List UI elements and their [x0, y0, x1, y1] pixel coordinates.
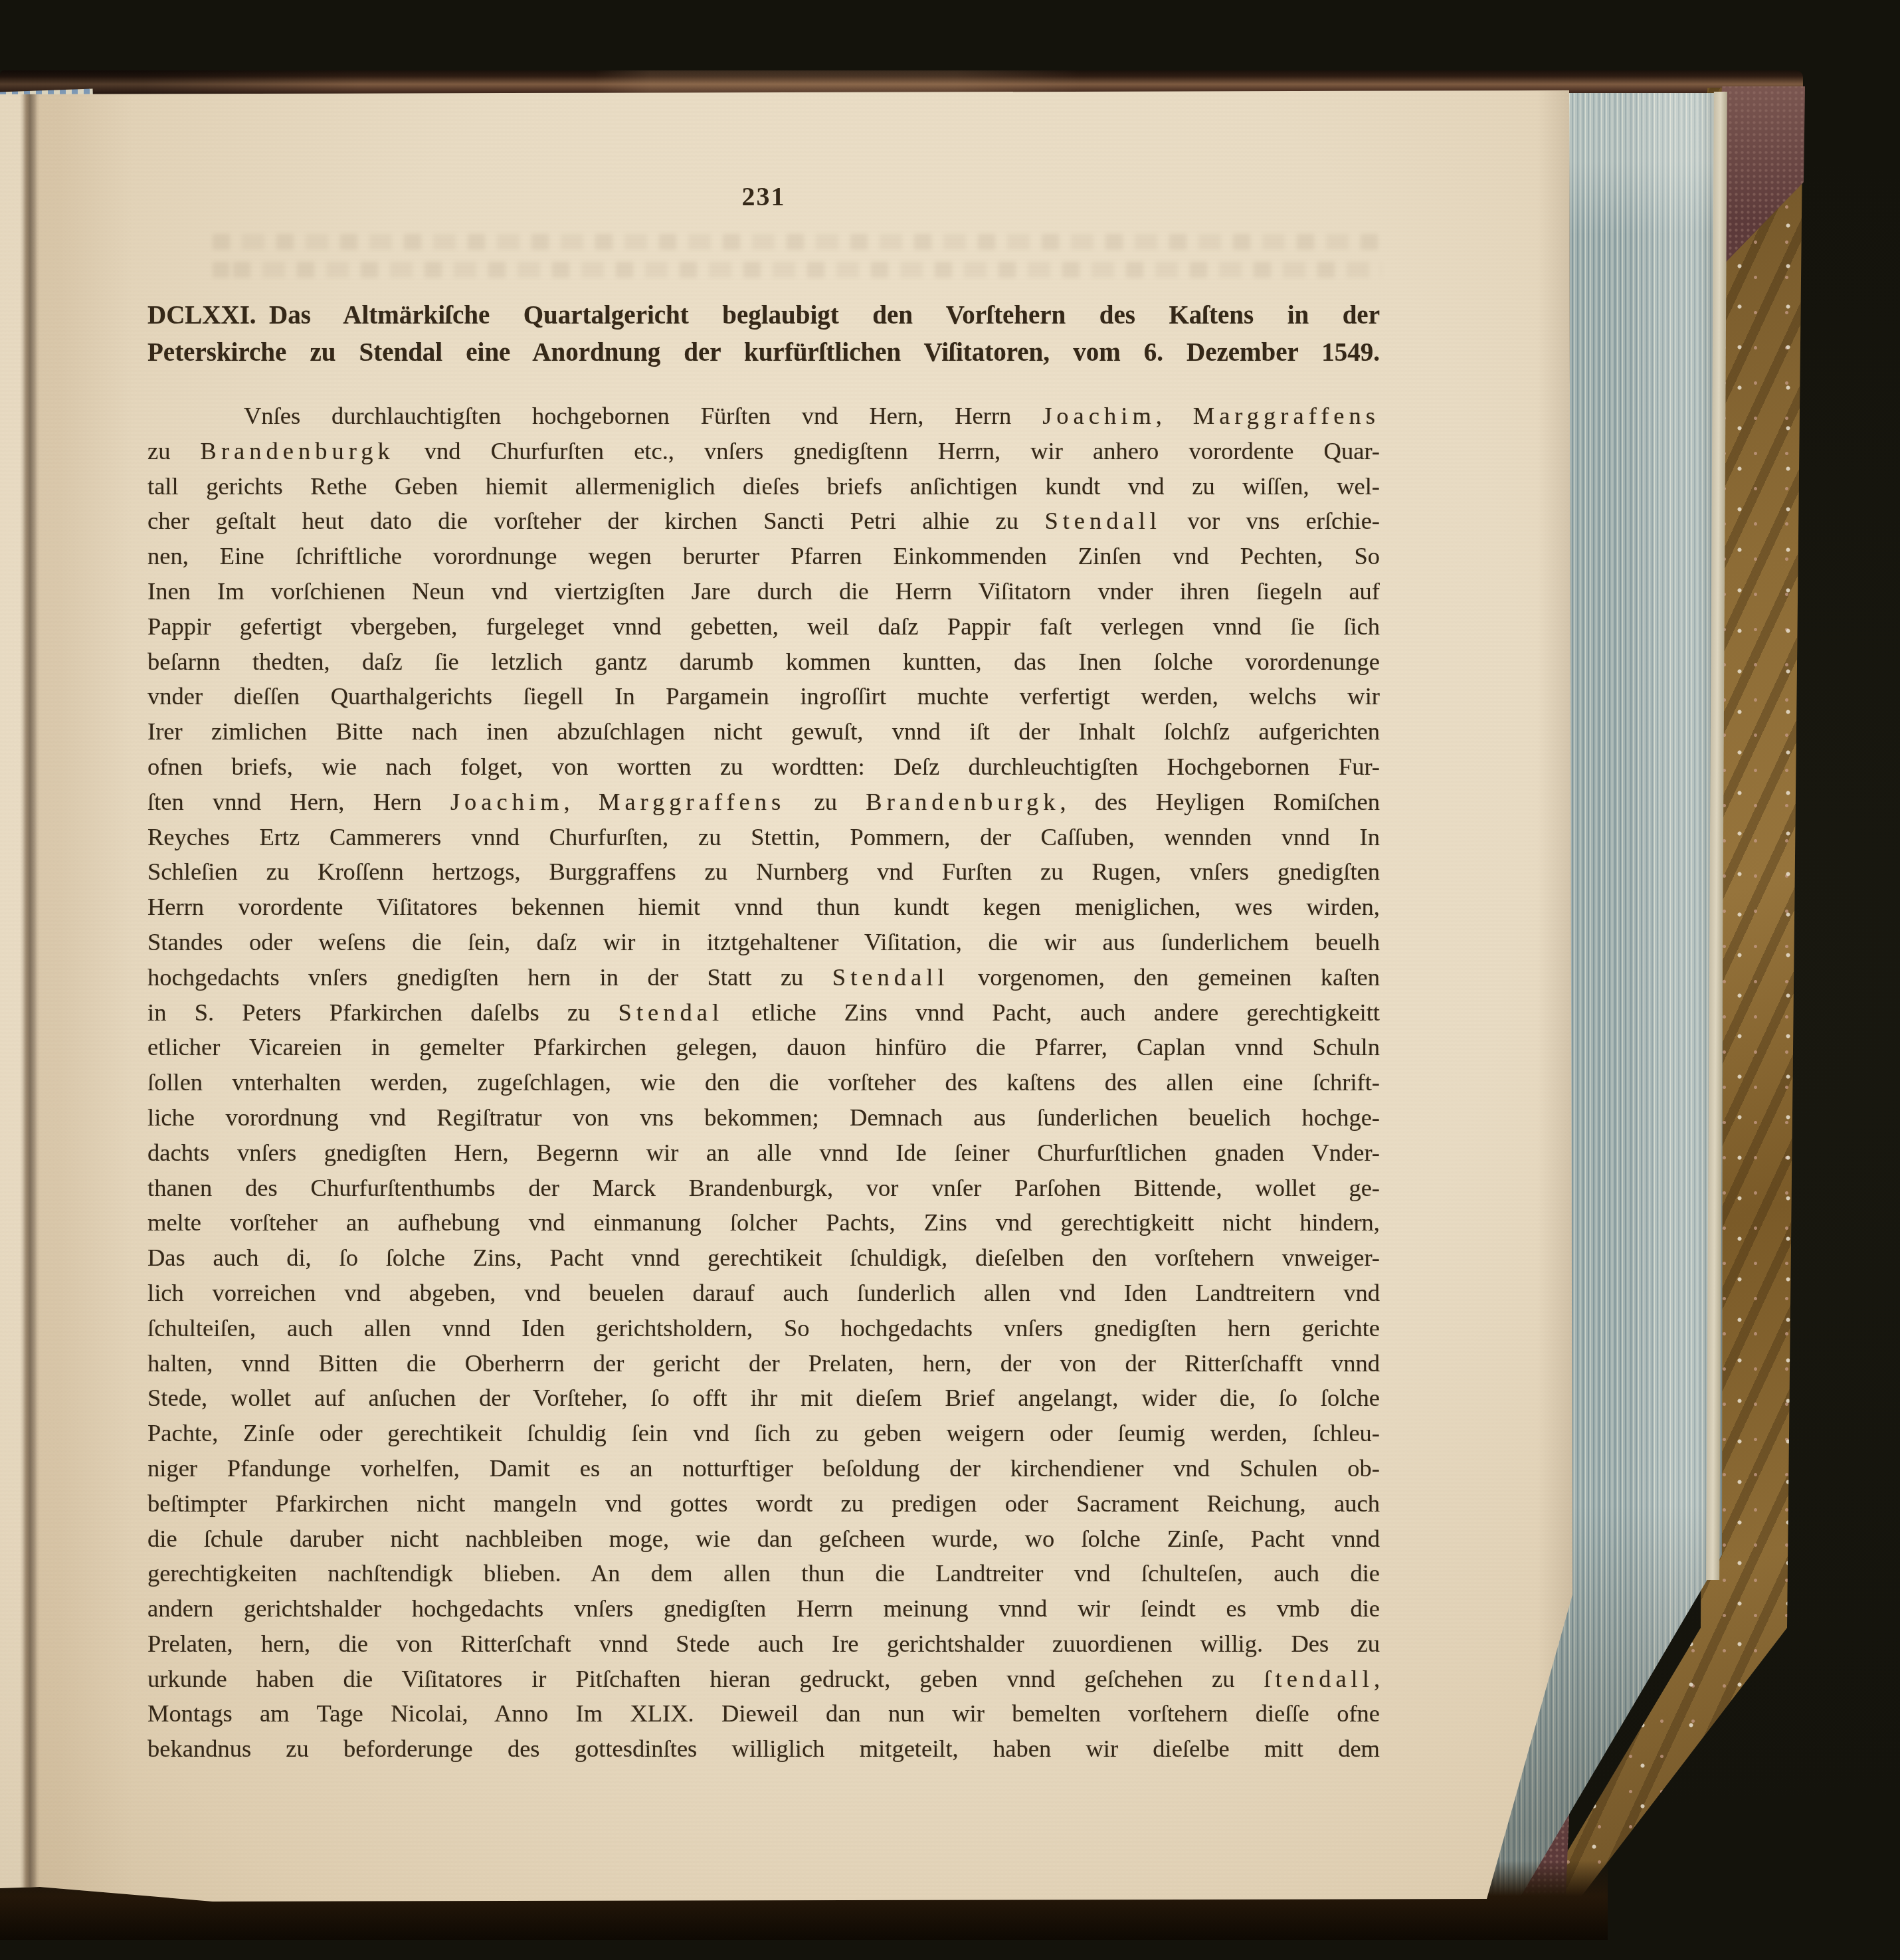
letterspaced-word: ſtendall [1264, 1665, 1373, 1692]
text-line: DCLXXI. Das Altmärkiſche Quartalgericht … [147, 297, 1380, 334]
letterspaced-word: Brandenburgk [201, 437, 395, 464]
show-through-row [213, 234, 1382, 250]
letterspaced-word: Stendal [618, 999, 723, 1026]
text-line: Irer zimlichen Bitte nach inen abzuſchla… [147, 714, 1380, 749]
text-line: tall gerichts Rethe Geben hiemit allerme… [147, 469, 1380, 504]
text-line: Herrn vorordente Viſitatores bekennen hi… [147, 890, 1380, 925]
text-line: die ſchule daruber nicht nachbleiben mog… [147, 1521, 1380, 1557]
book-photograph: 231 DCLXXI. Das Altmärkiſche Quartalgeri… [0, 0, 1900, 1960]
letterspaced-word: Stendall [832, 963, 949, 991]
text-line: lich vorreichen vnd abgeben, vnd beuelen… [147, 1276, 1380, 1311]
text-line: bekandnus zu beforderunge des gottesdinſ… [147, 1731, 1380, 1767]
text-line: Inen Im vorſchienen Neun vnd viertzigſte… [147, 574, 1380, 609]
text-line: ſollen vnterhalten werden, zugeſchlagen,… [147, 1065, 1380, 1100]
text-line: niger Pfandunge vorhelfen, Damit es an n… [147, 1451, 1380, 1486]
text-line: Schleſien zu Kroſſenn hertzogs, Burggraf… [147, 854, 1380, 890]
book-page: 231 DCLXXI. Das Altmärkiſche Quartalgeri… [0, 85, 1597, 1903]
letterspaced-word: Joachim [450, 788, 564, 815]
text-line: gerechtigkeiten nachſtendigk blieben. An… [147, 1556, 1380, 1591]
text-line: dachts vnſers gnedigſten Hern, Begernn w… [147, 1135, 1380, 1171]
text-line: vnder dieſſen Quarthalgerichts ſiegell I… [147, 679, 1380, 714]
text-line: Das auch di, ſo ſolche Zins, Pacht vnnd … [147, 1240, 1380, 1276]
text-line: andern gerichtshalder hochgedachts vnſer… [147, 1591, 1380, 1626]
text-line: halten, vnnd Bitten die Oberherrn der ge… [147, 1346, 1380, 1381]
text-line: thanen des Churfurſtenthumbs der Marck B… [147, 1171, 1380, 1206]
text-line: Vnſes durchlauchtigſten hochgebornen Für… [147, 399, 1380, 434]
entry-heading: DCLXXI. Das Altmärkiſche Quartalgericht … [147, 297, 1380, 371]
text-line: Pachte, Zinſe oder gerechtikeit ſchuldig… [147, 1416, 1380, 1451]
text-line: cher geſtalt heut dato die vorſteher der… [147, 504, 1380, 539]
text-line: ſten vnnd Hern, Hern Joachim, Marggraffe… [147, 785, 1380, 820]
letterspaced-word: Brandenburgk [866, 788, 1060, 815]
text-line: urkunde haben die Viſitatores ir Pitſcha… [147, 1662, 1380, 1697]
ink-show-through [213, 234, 1382, 286]
entry-body: Vnſes durchlauchtigſten hochgebornen Für… [147, 399, 1380, 1767]
text-line: Stede, wollet auf anſuchen der Vorſteher… [147, 1381, 1380, 1416]
text-line: Prelaten, hern, die von Ritterſchaft vnn… [147, 1626, 1380, 1662]
text-line: etlicher Vicareien in gemelter Pfarkirch… [147, 1030, 1380, 1065]
text-line: Standes oder weſens die ſein, daſz wir i… [147, 925, 1380, 960]
page-number: 231 [147, 181, 1380, 212]
letterspaced-word: Stendall [1044, 507, 1161, 534]
text-line: beſarnn thedten, daſz ſie letzlich gantz… [147, 644, 1380, 680]
letterspaced-word: Marggraffens [1193, 402, 1380, 429]
text-line: ſchulteiſen, auch allen vnnd Iden gerich… [147, 1311, 1380, 1346]
text-line: beſtimpter Pfarkirchen nicht mangeln vnd… [147, 1486, 1380, 1521]
text-line: melte vorſteher an aufhebung vnd einmanu… [147, 1205, 1380, 1240]
text-line: in S. Peters Pfarkirchen daſelbs zu Sten… [147, 995, 1380, 1030]
show-through-row [213, 262, 1382, 278]
text-line: Peterskirche zu Stendal eine Anordnung d… [147, 334, 1380, 371]
text-line: Reyches Ertz Cammerers vnnd Churfurſten,… [147, 820, 1380, 855]
text-line: liche vorordnung vnd Regiſtratur von vns… [147, 1100, 1380, 1135]
letterspaced-word: Marggraffens [599, 788, 785, 815]
text-line: nen, Eine ſchriftliche vorordnunge wegen… [147, 539, 1380, 574]
text-line: hochgedachts vnſers gnedigſten hern in d… [147, 960, 1380, 995]
gutter-shading [20, 92, 37, 1892]
text-line: zu Brandenburgk vnd Churfurſten etc., vn… [147, 434, 1380, 469]
text-line: ofnen briefs, wie nach folget, von wortt… [147, 749, 1380, 785]
letterspaced-word: Joachim [1042, 402, 1156, 429]
text-line: Montags am Tage Nicolai, Anno Im XLIX. D… [147, 1696, 1380, 1731]
text-line: Pappir gefertigt vbergeben, furgeleget v… [147, 609, 1380, 644]
